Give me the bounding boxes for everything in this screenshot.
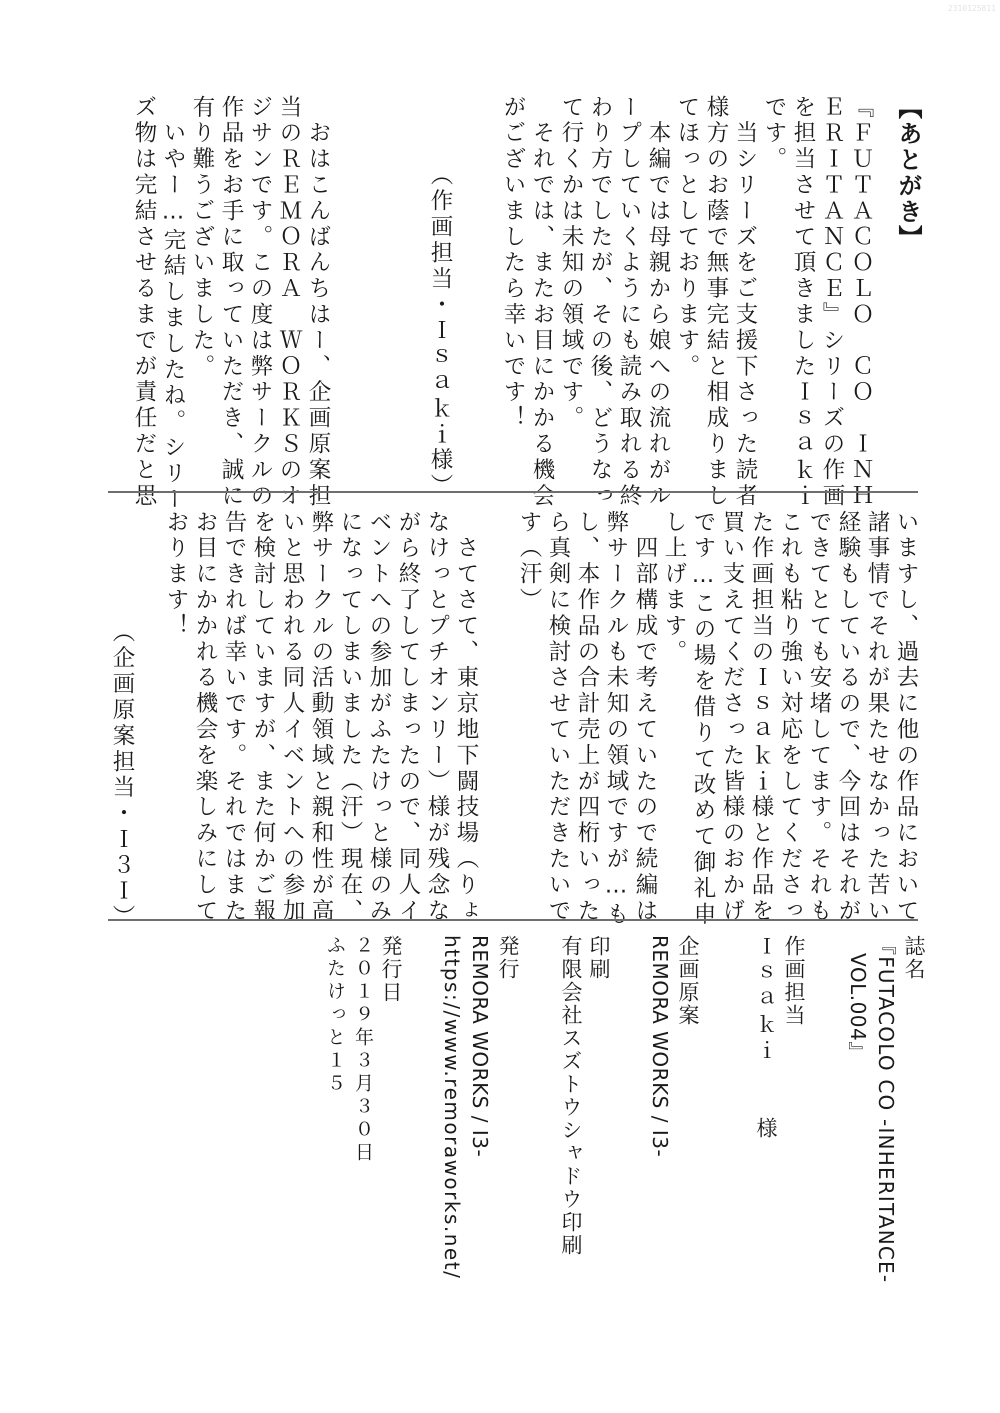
text-column: 買い支えてくださった皆様のおかげ bbox=[717, 510, 746, 905]
text-column: 弊サークルの活動領域と親和性が高 bbox=[306, 510, 335, 905]
colophon-label: 発行 bbox=[494, 935, 522, 1279]
colophon-label: 作画担当 bbox=[780, 935, 808, 1143]
text-column: いますし、過去に他の作品において bbox=[891, 510, 920, 905]
text-column: 作品をお手に取っていただき、誠に bbox=[216, 95, 245, 475]
text-column: てほっとしております。 bbox=[672, 95, 701, 475]
planner-signature: （企画原案担当・Ｉ３Ｉ） bbox=[107, 620, 136, 931]
afterword-planner-part2: いますし、過去に他の作品において 諸事情でそれが果たせなかった苦い 経験もしてい… bbox=[514, 510, 920, 905]
colophon-illustrator: 作画担当 Ｉｓａｋｉ 様 bbox=[752, 935, 808, 1143]
colophon-website-link[interactable]: https://www.remoraworks.net/ bbox=[438, 935, 466, 1279]
colophon-planner: 企画原案 REMORA WORKS / I3- bbox=[646, 935, 702, 1157]
text-column: がら終了してしまったので、同人イ bbox=[393, 510, 422, 905]
text-column: になってしまいました（汗）現在、 bbox=[335, 510, 364, 905]
text-column: ベントへの参加がふたけっと様のみ bbox=[364, 510, 393, 905]
text-column: いやー…完結しましたね。シリー bbox=[158, 95, 187, 475]
text-column: できてとても安堵してます。それも bbox=[804, 510, 833, 905]
colophon-printer: 印刷 有限会社スズトウシャドウ印刷 bbox=[557, 935, 613, 1257]
text-column: ズ物は完結させるまでが責任だと思 bbox=[129, 95, 158, 475]
text-column: た作画担当のＩｓａｋｉ様と作品を bbox=[746, 510, 775, 905]
text-column: す（汗） bbox=[514, 510, 543, 905]
text-column: わり方でしたが、その後、どうなっ bbox=[585, 95, 614, 475]
text-column: し上げます。 bbox=[659, 510, 688, 905]
text-column: 本編では母親から娘への流れがル bbox=[643, 95, 672, 475]
colophon-value: ふたけっと１５ bbox=[321, 935, 349, 1165]
colophon-value: ２０１９年３月３０日 bbox=[349, 935, 377, 1165]
colophon-title: 誌名 『FUTACOLO CO -INHERITANCE- VOL.004』 bbox=[844, 935, 928, 1283]
text-column: おります！ bbox=[161, 510, 190, 905]
colophon-value: Ｉｓａｋｉ 様 bbox=[752, 935, 780, 1143]
afterword-heading: 【あとがき】 bbox=[893, 95, 922, 475]
colophon-value: REMORA WORKS / I3- bbox=[646, 935, 674, 1157]
text-column: を担当させて頂きましたＩｓａｋｉ bbox=[788, 95, 817, 475]
colophon-value: VOL.004』 bbox=[844, 935, 872, 1283]
text-column: 当シリーズをご支援下さった読者 bbox=[730, 95, 759, 475]
text-column: ら真剣に検討させていただきたいで bbox=[543, 510, 572, 905]
colophon-label: 印刷 bbox=[585, 935, 613, 1257]
text-column: 弊サークルも未知の領域ですが…も bbox=[601, 510, 630, 905]
text-column: がございましたら幸いです！ bbox=[498, 95, 527, 475]
text-column: これも粘り強い対応をしてくださっ bbox=[775, 510, 804, 905]
divider-top bbox=[108, 491, 918, 493]
text-column: いと思われる同人イベントへの参加 bbox=[277, 510, 306, 905]
text-column: ＥＲＩＴＡＮＣＥ』シリーズの作画 bbox=[817, 95, 846, 475]
text-column: お目にかかれる機会を楽しみにして bbox=[190, 510, 219, 905]
text-column: それでは、またお目にかかる機会 bbox=[527, 95, 556, 475]
text-column: 経験もしているので、今回はそれが bbox=[833, 510, 862, 905]
text-column: ープしていくようにも読み取れる終 bbox=[614, 95, 643, 475]
colophon-publish-date: 発行日 ２０１９年３月３０日 ふたけっと１５ bbox=[321, 935, 405, 1165]
colophon-label: 企画原案 bbox=[674, 935, 702, 1157]
text-column: です。 bbox=[759, 95, 788, 475]
colophon-value: REMORA WORKS / I3- bbox=[466, 935, 494, 1279]
text-column: 四部構成で考えていたので続編は bbox=[630, 510, 659, 905]
text-column: 『ＦＵＴＡＣＯＬＯ ＣＯ ＩＮＨ bbox=[846, 95, 875, 475]
text-column: 告できれば幸いです。それではまた bbox=[219, 510, 248, 905]
text-column: 当のＲＥＭＯＲＡ ＷＯＲＫＳのオ bbox=[274, 95, 303, 475]
watermark: 2310125811 bbox=[948, 4, 996, 13]
text-column: て行くかは未知の領域です。 bbox=[556, 95, 585, 475]
text-column: 様方のお蔭で無事完結と相成りまし bbox=[701, 95, 730, 475]
text-column: を検討していますが、また何かご報 bbox=[248, 510, 277, 905]
divider-bottom bbox=[108, 919, 918, 921]
text-column: さてさて、東京地下闘技場（りょ bbox=[451, 510, 480, 905]
afterword-illustrator: 【あとがき】 『ＦＵＴＡＣＯＬＯ ＣＯ ＩＮＨ ＥＲＩＴＡＮＣＥ』シリーズの作画… bbox=[498, 95, 922, 475]
text-column: 有り難うございました。 bbox=[187, 95, 216, 475]
afterword-planner-part1: おはこんばんちはー、企画原案担 当のＲＥＭＯＲＡ ＷＯＲＫＳのオ ジサンです。こ… bbox=[129, 95, 332, 475]
text-column: ジサンです。この度は弊サークルの bbox=[245, 95, 274, 475]
colophon-label: 発行日 bbox=[377, 935, 405, 1165]
text-column: し、本作品の合計売上が四桁いった bbox=[572, 510, 601, 905]
colophon-value: 『FUTACOLO CO -INHERITANCE- bbox=[872, 935, 900, 1283]
afterword-page: 2310125811 【あとがき】 『ＦＵＴＡＣＯＬＯ ＣＯ ＩＮＨ ＥＲＩＴＡ… bbox=[0, 0, 1000, 1413]
illustrator-signature: （作画担当・Ｉｓａｋｉ様） bbox=[425, 163, 454, 500]
colophon-publisher: 発行 REMORA WORKS / I3- https://www.remora… bbox=[438, 935, 522, 1279]
text-column: 諸事情でそれが果たせなかった苦い bbox=[862, 510, 891, 905]
colophon-value: 有限会社スズトウシャドウ印刷 bbox=[557, 935, 585, 1257]
text-column: なけっとプチオンリー）様が残念な bbox=[422, 510, 451, 905]
text-column: おはこんばんちはー、企画原案担 bbox=[303, 95, 332, 475]
colophon-label: 誌名 bbox=[900, 935, 928, 1283]
afterword-planner-part3: さてさて、東京地下闘技場（りょ なけっとプチオンリー）様が残念な がら終了してし… bbox=[161, 510, 480, 905]
text-column: です…この場を借りて改めて御礼申 bbox=[688, 510, 717, 905]
